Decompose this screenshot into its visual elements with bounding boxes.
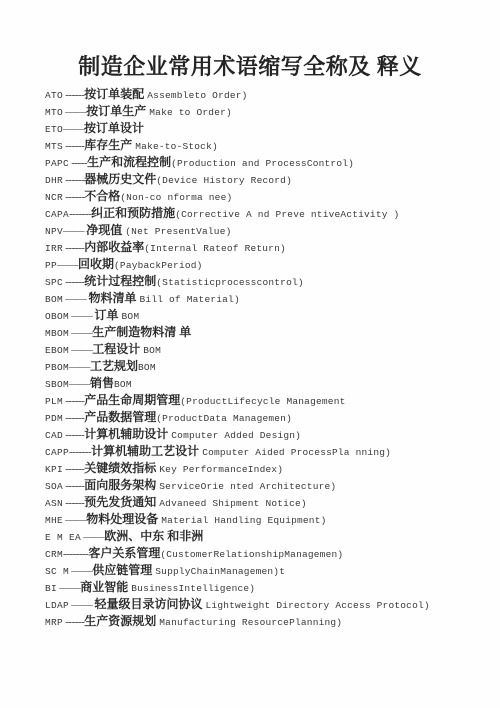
term-chinese: 欧洲、中东 和非洲 xyxy=(104,529,203,543)
page-title: 制造企业常用术语缩写全称及 释义 xyxy=(0,50,500,81)
dash-separator: —— xyxy=(81,531,104,543)
dash-separator: ------ xyxy=(63,480,84,492)
term-row: MRP ------生产资源规划 Manufacturing ResourceP… xyxy=(45,613,500,630)
term-chinese: 关键绩效指标 xyxy=(84,461,159,475)
term-row: IRR ------内部收益率(Internal Rateof Return) xyxy=(45,239,500,256)
term-row: E M EA ——欧洲、中东 和非洲 xyxy=(45,528,500,545)
term-row: MTO ——按订单生产 Make to Order) xyxy=(45,103,500,120)
term-chinese: 工艺规划 xyxy=(90,359,138,373)
term-row: LDAP —— 轻量级目录访问协议 Lightweight Directory … xyxy=(45,596,500,613)
term-chinese: 生产资源规划 xyxy=(84,614,159,628)
dash-separator: —— xyxy=(69,378,90,390)
dash-separator: —— xyxy=(69,327,92,339)
term-english: (ProductLifecycle Management xyxy=(180,396,345,407)
term-english: (Production and ProcessControl) xyxy=(171,158,354,169)
term-english: Make-to-Stock) xyxy=(135,141,218,152)
term-chinese: 器械历史文件 xyxy=(84,172,156,186)
abbreviation-code: ASN xyxy=(45,498,63,509)
term-row: CAD ------计算机辅助设计 Computer Added Design) xyxy=(45,426,500,443)
term-english: BusinessIntelligence) xyxy=(131,583,255,594)
term-row: DHR ------器械历史文件(Device History Record) xyxy=(45,171,500,188)
term-english: Assembleto Order) xyxy=(147,90,247,101)
term-english: Computer Added Design) xyxy=(171,430,301,441)
abbreviation-code: MBOM xyxy=(45,328,69,339)
dash-separator: ------ xyxy=(63,412,84,424)
dash-separator: —— xyxy=(57,582,80,594)
term-english: Advaneed Shipment Notice) xyxy=(159,498,307,509)
term-chinese: 销售 xyxy=(90,376,114,390)
dash-separator: ------ xyxy=(63,242,84,254)
dash-separator: —— xyxy=(69,310,95,322)
term-english: (Device History Record) xyxy=(156,175,292,186)
abbreviation-code: ATO xyxy=(45,90,63,101)
dash-separator: ------ xyxy=(63,191,84,203)
abbreviation-code: PDM xyxy=(45,413,63,424)
dash-separator: —— xyxy=(57,259,78,271)
abbreviation-code: PLM xyxy=(45,396,63,407)
dash-separator: ------ xyxy=(63,395,84,407)
term-chinese: 物料清单 xyxy=(89,291,140,305)
dash-separator: —— xyxy=(63,514,86,526)
term-row: NCR ------不合格(Non-co nforma nee) xyxy=(45,188,500,205)
term-chinese: 按订单装配 xyxy=(84,87,147,101)
dash-separator: ----- xyxy=(69,157,87,169)
term-row: CRM--------客户关系管理(CustomerRelationshipMa… xyxy=(45,545,500,562)
dash-separator: ------ xyxy=(63,174,84,186)
abbreviation-code: PBOM xyxy=(45,362,69,373)
term-row: ETO——按订单设计 xyxy=(45,120,500,137)
abbreviation-code: IRR xyxy=(45,243,63,254)
term-chinese: 纠正和预防措施 xyxy=(91,206,175,220)
term-chinese: 库存生产 xyxy=(84,138,135,152)
term-english: BOM xyxy=(138,362,156,373)
dash-separator: —— xyxy=(69,599,95,611)
abbreviation-code: CAPA xyxy=(45,209,69,220)
term-english: Make to Order) xyxy=(149,107,232,118)
term-english: ServiceOrie nted Architecture) xyxy=(159,481,336,492)
dash-separator: ------- xyxy=(69,446,91,458)
abbreviation-code: NCR xyxy=(45,192,63,203)
term-chinese: 面向服务架构 xyxy=(84,478,159,492)
term-chinese: 工程设计 xyxy=(92,342,143,356)
term-chinese: 商业智能 xyxy=(80,580,131,594)
dash-separator: ------ xyxy=(63,429,84,441)
term-row: PDM ------产品数据管理(ProductData Managemen) xyxy=(45,409,500,426)
term-chinese: 客户关系管理 xyxy=(88,546,160,560)
term-chinese: 回收期 xyxy=(78,257,114,271)
abbreviation-code: LDAP xyxy=(45,600,69,611)
dash-separator: ------ xyxy=(63,616,84,628)
term-english: (Net PresentValue) xyxy=(125,226,231,237)
abbreviation-code: MRP xyxy=(45,617,63,628)
term-english: (PaybackPeriod) xyxy=(114,260,203,271)
term-chinese: 轻量级目录访问协议 xyxy=(95,597,206,611)
abbreviation-code: PP xyxy=(45,260,57,271)
abbreviation-code: MHE xyxy=(45,515,63,526)
term-row: NPV—— 净现值 (Net PresentValue) xyxy=(45,222,500,239)
term-chinese: 内部收益率 xyxy=(84,240,144,254)
term-english: SupplyChainManagemen)t xyxy=(155,566,285,577)
term-row: PP——回收期(PaybackPeriod) xyxy=(45,256,500,273)
abbreviation-code: DHR xyxy=(45,175,63,186)
abbreviation-code: CAD xyxy=(45,430,63,441)
terms-list: ATO ------按订单装配 Assembleto Order)MTO ——按… xyxy=(45,86,500,630)
term-row: SBOM——销售BOM xyxy=(45,375,500,392)
abbreviation-code: SPC xyxy=(45,277,63,288)
term-english: Computer Aided ProcessPla nning) xyxy=(202,447,391,458)
term-english: (ProductData Managemen) xyxy=(156,413,292,424)
term-row: MHE ——物料处理设备 Material Handling Equipment… xyxy=(45,511,500,528)
term-english: (Non-co nforma nee) xyxy=(120,192,232,203)
term-row: OBOM —— 订单 BOM xyxy=(45,307,500,324)
abbreviation-code: ETO xyxy=(45,124,63,135)
term-english: Material Handling Equipment) xyxy=(161,515,326,526)
term-english: (Statisticprocesscontrol) xyxy=(156,277,304,288)
dash-separator: -------- xyxy=(63,548,88,560)
term-english: BOM xyxy=(122,311,140,322)
dash-separator: ------ xyxy=(63,89,84,101)
term-chinese: 生产制造物料清 单 xyxy=(92,325,191,339)
term-english: (CustomerRelationshipManagemen) xyxy=(160,549,343,560)
abbreviation-code: SOA xyxy=(45,481,63,492)
term-chinese: 供应链管理 xyxy=(92,563,155,577)
abbreviation-code: BI xyxy=(45,583,57,594)
term-chinese: 净现值 xyxy=(86,223,125,237)
term-english: (Corrective A nd Preve ntiveActivity ) xyxy=(175,209,399,220)
term-chinese: 统计过程控制 xyxy=(84,274,156,288)
term-row: CAPP-------计算机辅助工艺设计 Computer Aided Proc… xyxy=(45,443,500,460)
dash-separator: ------ xyxy=(63,463,84,475)
abbreviation-code: KPI xyxy=(45,464,63,475)
term-row: SC M ——供应链管理 SupplyChainManagemen)t xyxy=(45,562,500,579)
abbreviation-code: MTS xyxy=(45,141,63,152)
term-english: Key PerformanceIndex) xyxy=(159,464,283,475)
term-english: BOM xyxy=(114,379,132,390)
dash-separator: ------ xyxy=(63,140,84,152)
abbreviation-code: NPV xyxy=(45,226,63,237)
term-row: SOA ------面向服务架构 ServiceOrie nted Archit… xyxy=(45,477,500,494)
term-english: Bill of Material) xyxy=(140,294,240,305)
dash-separator: ------ xyxy=(63,497,84,509)
dash-separator: —— xyxy=(63,106,86,118)
abbreviation-code: OBOM xyxy=(45,311,69,322)
dash-separator: —— xyxy=(63,293,89,305)
term-row: ATO ------按订单装配 Assembleto Order) xyxy=(45,86,500,103)
dash-separator: —— xyxy=(63,123,84,135)
dash-separator: —— xyxy=(63,225,86,237)
dash-separator: ------ xyxy=(63,276,84,288)
dash-separator: —— xyxy=(69,361,90,373)
term-chinese: 预先发货通知 xyxy=(84,495,159,509)
term-chinese: 不合格 xyxy=(84,189,120,203)
term-chinese: 按订单生产 xyxy=(86,104,149,118)
term-chinese: 计算机辅助工艺设计 xyxy=(91,444,202,458)
term-english: BOM xyxy=(143,345,161,356)
term-row: MTS ------库存生产 Make-to-Stock) xyxy=(45,137,500,154)
term-chinese: 产品生命周期管理 xyxy=(84,393,180,407)
term-row: PAPC -----生产和流程控制(Production and Process… xyxy=(45,154,500,171)
term-row: KPI ------关键绩效指标 Key PerformanceIndex) xyxy=(45,460,500,477)
abbreviation-code: BOM xyxy=(45,294,63,305)
abbreviation-code: SC M xyxy=(45,566,69,577)
term-english: (Internal Rateof Return) xyxy=(144,243,286,254)
term-row: SPC ------统计过程控制(Statisticprocesscontrol… xyxy=(45,273,500,290)
term-row: CAPA-------纠正和预防措施(Corrective A nd Preve… xyxy=(45,205,500,222)
term-chinese: 订单 xyxy=(95,308,122,322)
abbreviation-code: MTO xyxy=(45,107,63,118)
term-chinese: 按订单设计 xyxy=(84,121,144,135)
abbreviation-code: SBOM xyxy=(45,379,69,390)
abbreviation-code: PAPC xyxy=(45,158,69,169)
term-row: BOM —— 物料清单 Bill of Material) xyxy=(45,290,500,307)
term-english: Manufacturing ResourcePlanning) xyxy=(159,617,342,628)
term-row: MBOM ——生产制造物料清 单 xyxy=(45,324,500,341)
term-row: PLM ------产品生命周期管理(ProductLifecycle Mana… xyxy=(45,392,500,409)
term-row: BI ——商业智能 BusinessIntelligence) xyxy=(45,579,500,596)
term-english: Lightweight Directory Access Protocol) xyxy=(206,600,430,611)
document-page: 制造企业常用术语缩写全称及 释义 ATO ------按订单装配 Assembl… xyxy=(0,0,500,708)
abbreviation-code: EBOM xyxy=(45,345,69,356)
term-row: EBOM ——工程设计 BOM xyxy=(45,341,500,358)
term-row: ASN ------预先发货通知 Advaneed Shipment Notic… xyxy=(45,494,500,511)
term-chinese: 物料处理设备 xyxy=(86,512,161,526)
term-row: PBOM——工艺规划BOM xyxy=(45,358,500,375)
abbreviation-code: E M EA xyxy=(45,532,81,543)
term-chinese: 产品数据管理 xyxy=(84,410,156,424)
term-chinese: 计算机辅助设计 xyxy=(84,427,171,441)
abbreviation-code: CRM xyxy=(45,549,63,560)
dash-separator: ------- xyxy=(69,208,91,220)
dash-separator: —— xyxy=(69,344,92,356)
term-chinese: 生产和流程控制 xyxy=(87,155,171,169)
dash-separator: —— xyxy=(69,565,92,577)
abbreviation-code: CAPP xyxy=(45,447,69,458)
